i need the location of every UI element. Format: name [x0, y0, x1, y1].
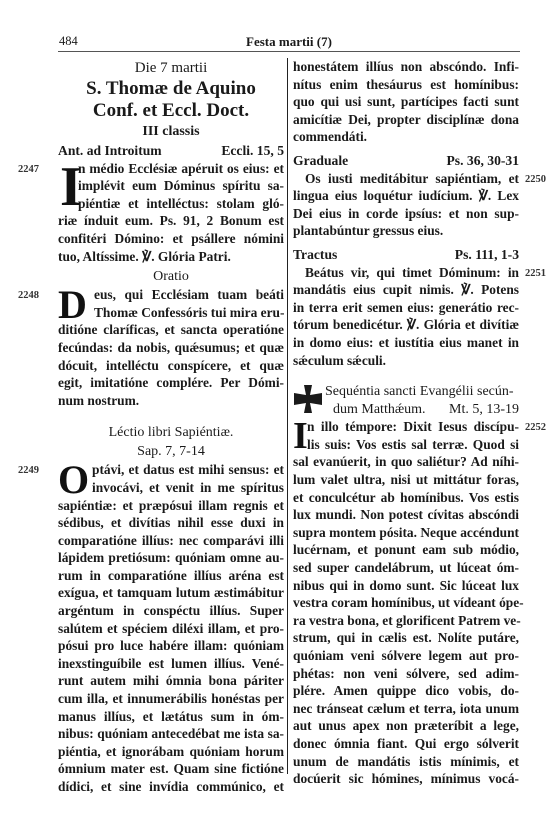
margin-number: 2252 — [525, 419, 546, 437]
graduale-reference: Ps. 36, 30-31 — [447, 152, 520, 170]
right-column: honestátem illíus non abscóndo. Infi- ní… — [293, 57, 519, 788]
drop-cap: I — [293, 419, 308, 453]
left-column: Die 7 martii S. Thomæ de Aquino Conf. et… — [58, 57, 284, 796]
saint-name: S. Thomæ de Aquino — [58, 78, 284, 100]
lectio-continuation: honestátem illíus non abscóndo. Infi- ní… — [293, 58, 519, 146]
introit-heading: Ant. ad Introitum Eccli. 15, 5 — [58, 142, 284, 160]
oratio-heading: Oratio — [58, 267, 284, 286]
feast-date: Die 7 martii — [58, 58, 284, 78]
saint-title: Conf. et Eccl. Doct. — [58, 100, 284, 122]
cross-pattee-icon — [293, 384, 323, 414]
graduale-heading: Graduale Ps. 36, 30-31 — [293, 152, 519, 170]
drop-cap: D — [58, 287, 87, 323]
running-title: Festa martii (7) — [58, 34, 520, 50]
graduale-label: Graduale — [293, 152, 348, 170]
feast-class: III classis — [58, 122, 284, 141]
margin-number: 2247 — [18, 161, 39, 179]
drop-cap: O — [58, 462, 89, 498]
margin-number: 2249 — [18, 462, 39, 480]
lectio-reference: Sap. 7, 7-14 — [58, 442, 284, 461]
margin-number: 2248 — [18, 287, 39, 305]
evangelium-reference: Mt. 5, 13-19 — [449, 401, 519, 419]
introit-reference: Eccli. 15, 5 — [221, 142, 284, 160]
margin-number: 2250 — [525, 171, 546, 189]
drop-cap: I — [60, 162, 82, 212]
introit-text: 2247 I n médio Ecclésiæ apéruit os eius:… — [58, 160, 284, 266]
graduale-text: 2250 Os iusti meditábitur sapiéntiam, et… — [293, 170, 519, 240]
evangelium-source: dum Matthǽum. — [333, 401, 426, 419]
column-divider — [287, 58, 288, 774]
evangelium-heading: Sequéntia sancti Evangélii secún- dum Ma… — [293, 383, 519, 418]
running-head: 484 Festa martii (7) — [58, 33, 520, 52]
tractus-text: 2251 Beátus vir, qui timet Dóminum: in m… — [293, 264, 519, 370]
evangelium-text: 2252 I n illo témpore: Dixit Iesus discí… — [293, 418, 519, 787]
tractus-heading: Tractus Ps. 111, 1-3 — [293, 246, 519, 264]
lectio-heading: Léctio libri Sapiéntiæ. — [58, 423, 284, 442]
tractus-reference: Ps. 111, 1-3 — [455, 246, 519, 264]
oratio-text: 2248 D eus, qui Ecclésiam tuam beáti Tho… — [58, 286, 284, 409]
lectio-text: 2249 O ptávi, et datus est mihi sensus: … — [58, 461, 284, 795]
margin-number: 2251 — [525, 265, 546, 283]
tractus-label: Tractus — [293, 246, 337, 264]
